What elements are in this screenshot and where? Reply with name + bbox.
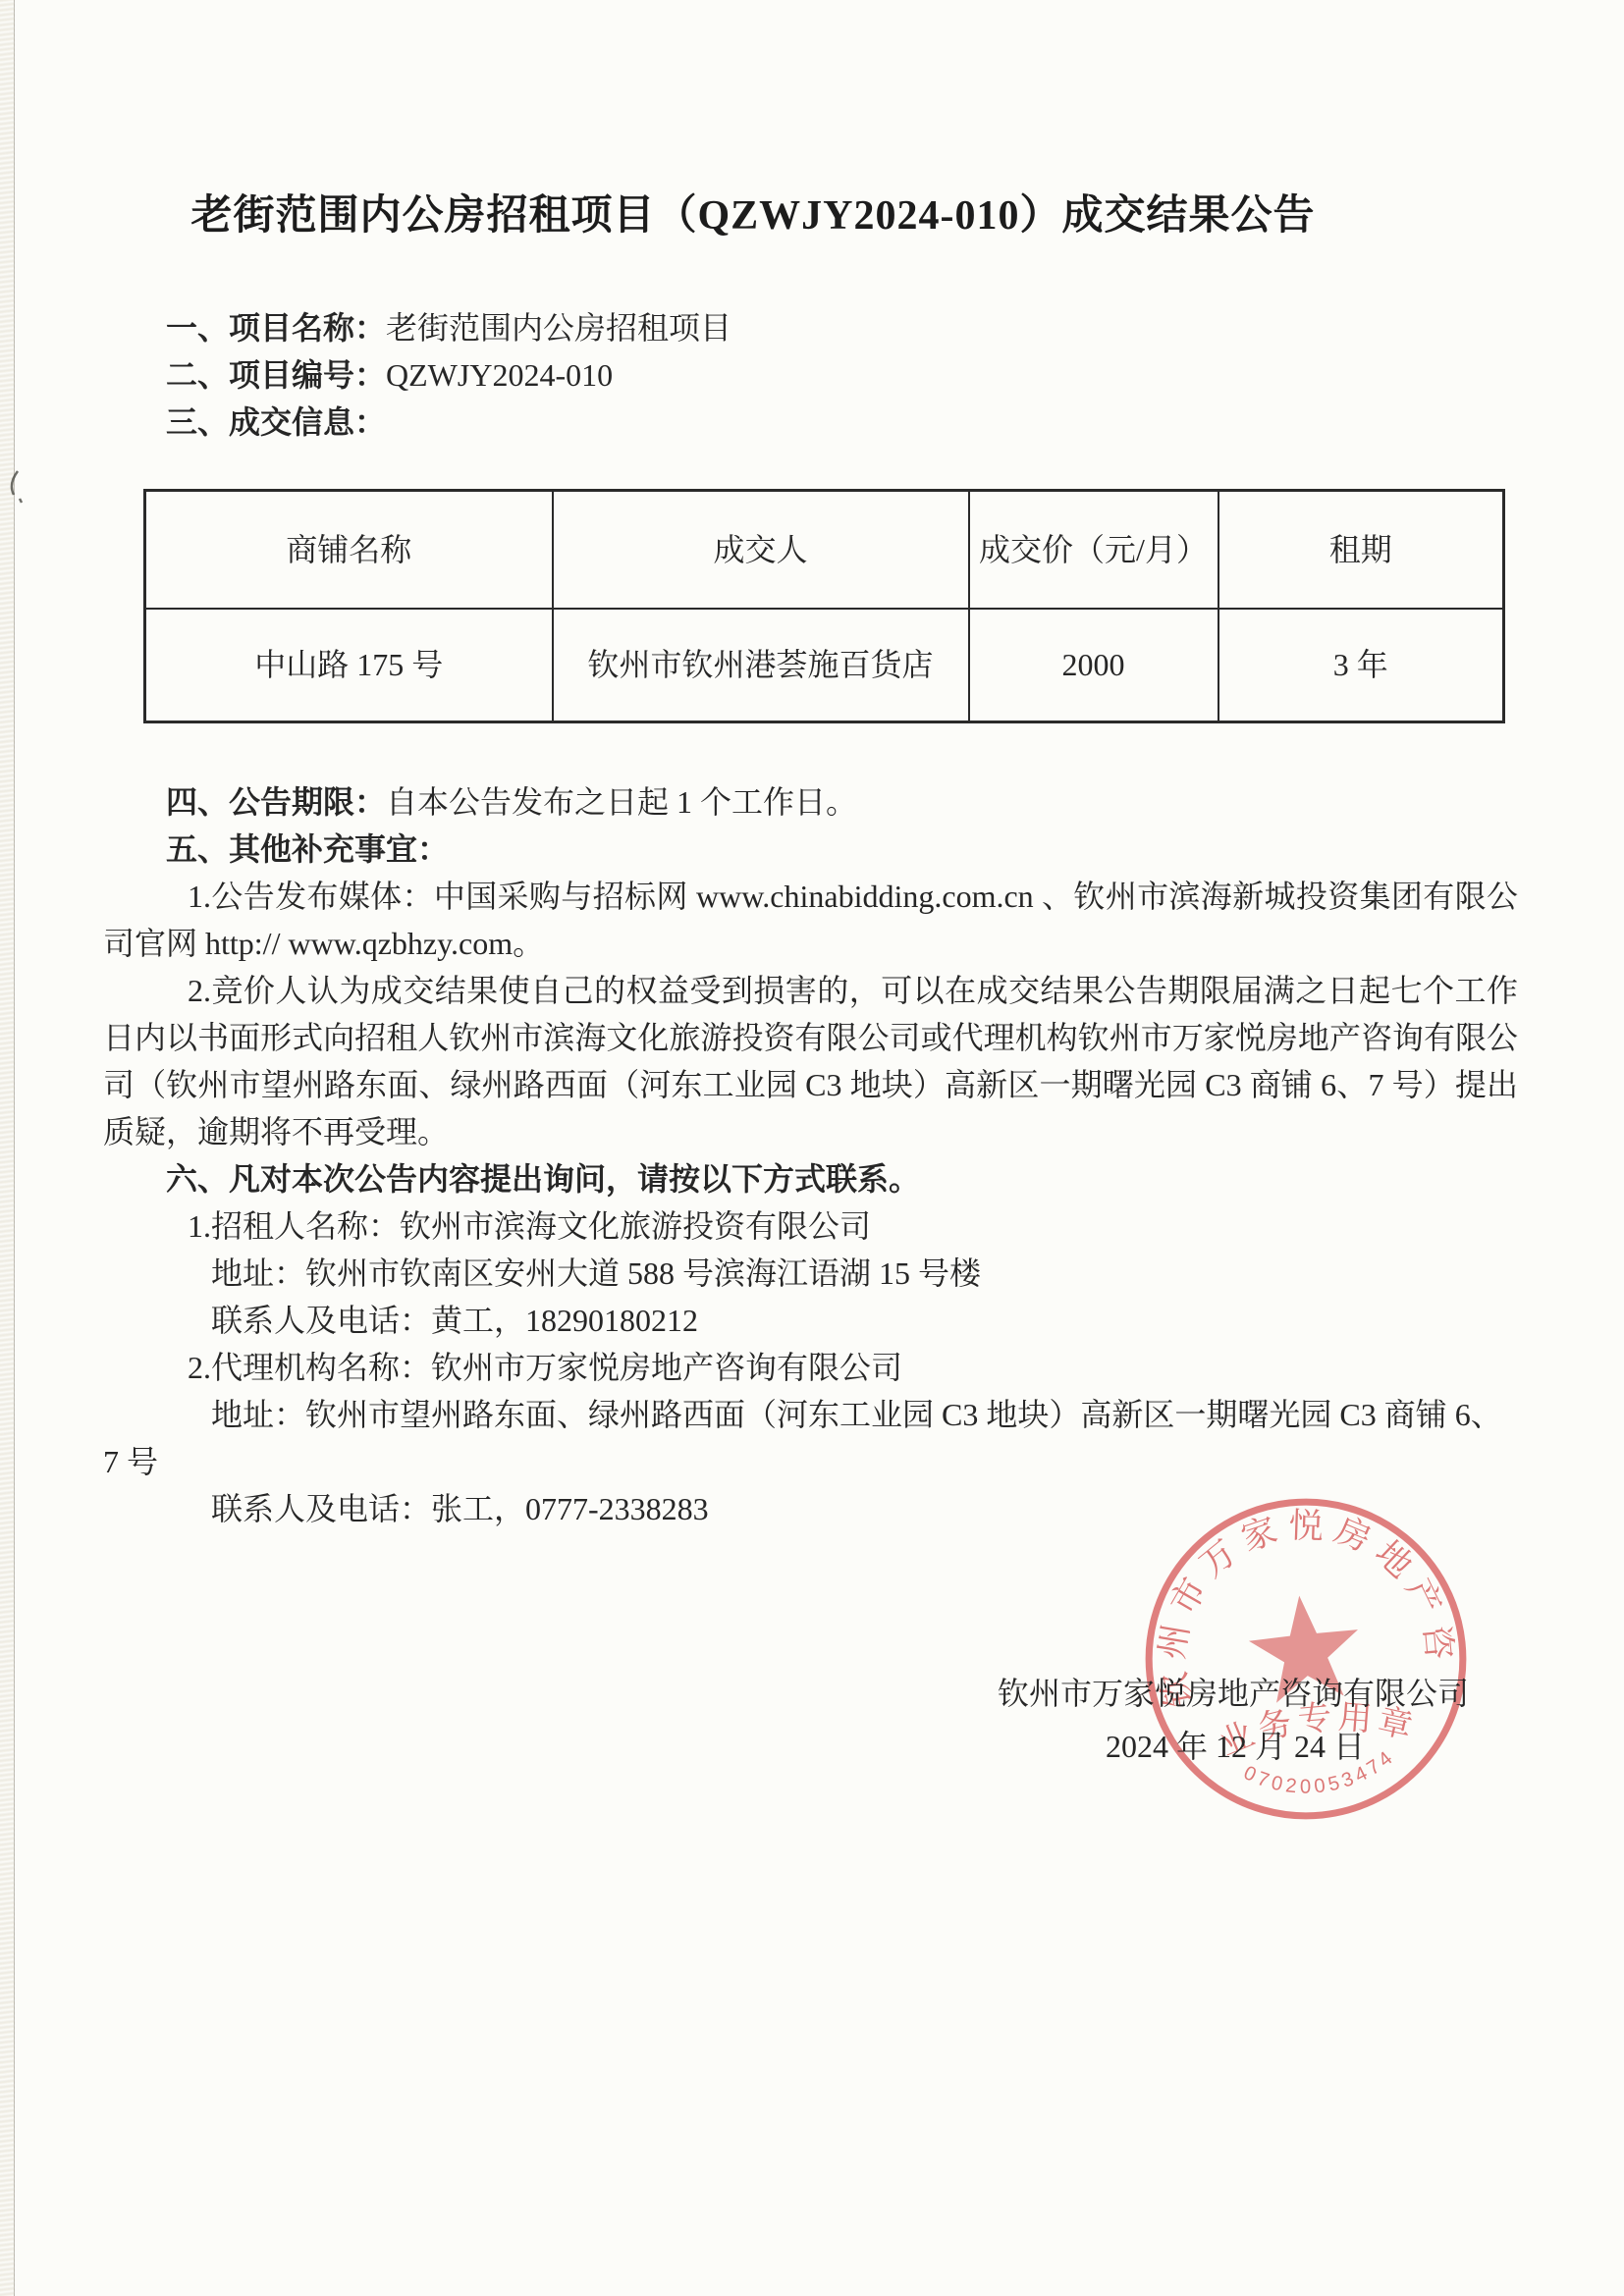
supplementary-item-objection: 2.竞价人认为成交结果使自己的权益受到损害的，可以在成交结果公告期限届满之日起七… [103,967,1518,1155]
lessor-phone-line: 联系人及电话：黄工，18290180212 [103,1297,1518,1344]
signature-company: 钦州市万家悦房地产咨询有限公司 [103,1670,1518,1717]
cell-shop-name: 中山路 175 号 [145,609,553,722]
section-deal-info: 三、成交信息： [103,399,1518,446]
supplementary-item-media: 1.公告发布媒体：中国采购与招标网 www.chinabidding.com.c… [103,873,1518,967]
column-header-price: 成交价（元/月） [969,491,1218,609]
scan-smudge-artifact [4,469,26,509]
column-header-winner: 成交人 [553,491,969,609]
section-project-number: 二、项目编号：QZWJY2024-010 [103,351,1518,399]
section-supplementary: 五、其他补充事宜： [103,826,1518,873]
signature-date: 2024 年 12 月 24 日 [103,1723,1518,1770]
agent-address-line-1: 地址：钦州市望州路东面、绿州路西面（河东工业园 C3 地块）高新区一期曙光园 C… [103,1391,1518,1438]
deal-result-table: 商铺名称 成交人 成交价（元/月） 租期 中山路 175 号 钦州市钦州港荟施百… [143,489,1505,723]
table-row: 中山路 175 号 钦州市钦州港荟施百货店 2000 3 年 [145,609,1504,722]
table-header-row: 商铺名称 成交人 成交价（元/月） 租期 [145,491,1504,609]
section-contact-intro: 六、凡对本次公告内容提出询问，请按以下方式联系。 [103,1155,1518,1202]
lessor-address-line: 地址：钦州市钦南区安州大道 588 号滨海江语湖 15 号楼 [103,1250,1518,1297]
scan-edge-artifact [0,0,15,2296]
page-title: 老街范围内公房招租项目（QZWJY2024-010）成交结果公告 [0,0,1624,241]
section-notice-period-label: 四、公告期限： [166,784,386,820]
agent-name-line: 2.代理机构名称：钦州市万家悦房地产咨询有限公司 [103,1344,1518,1391]
section-project-name: 一、项目名称：老街范围内公房招租项目 [103,304,1518,351]
signature-block: 钦州市万家悦房地产咨询有限公司 2024 年 12 月 24 日 [103,1670,1518,1770]
section-project-name-value: 老街范围内公房招租项目 [386,310,731,346]
section-notice-period: 四、公告期限：自本公告发布之日起 1 个工作日。 [103,778,1518,826]
section-project-number-label: 二、项目编号： [166,357,386,393]
section-project-name-label: 一、项目名称： [166,310,386,346]
company-seal-stamp: 钦州市万家悦房地产咨询有限公司 业务专用章 07020053474 [1118,1471,1493,1846]
cell-price: 2000 [969,609,1218,722]
column-header-lease-term: 租期 [1218,491,1504,609]
column-header-shop-name: 商铺名称 [145,491,553,609]
cell-winner: 钦州市钦州港荟施百货店 [553,609,969,722]
section-deal-info-label: 三、成交信息： [166,404,386,440]
section-notice-period-value: 自本公告发布之日起 1 个工作日。 [386,784,857,820]
agent-address-line-2: 7 号 [103,1438,1518,1485]
document-page: 老街范围内公房招租项目（QZWJY2024-010）成交结果公告 一、项目名称：… [0,0,1624,2296]
lessor-name-line: 1.招租人名称：钦州市滨海文化旅游投资有限公司 [103,1202,1518,1250]
section-project-number-value: QZWJY2024-010 [386,357,613,393]
cell-lease-term: 3 年 [1218,609,1504,722]
